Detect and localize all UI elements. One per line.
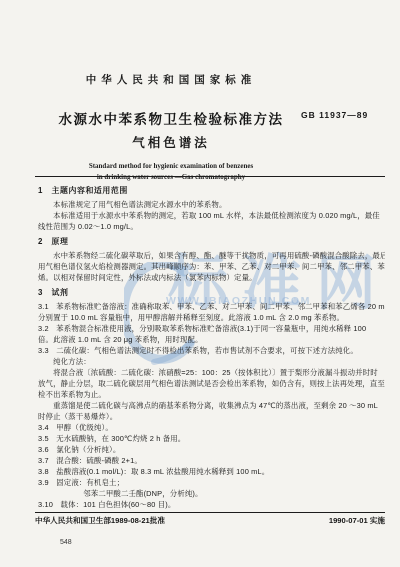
text-line: 3.9 固定液：有机皂土；	[38, 477, 385, 488]
document-title-cn-line2: 气相色谱法	[35, 133, 307, 151]
text-line: 放气，静止分层，取二硫化碳层用气相色谱法测试是否会检出苯系物，如仍含有，则按上法…	[38, 378, 385, 389]
approval-text: 中华人民共和国卫生部1989-08-21批准	[35, 515, 165, 526]
page-number: 548	[60, 539, 72, 546]
text-line: 倍。此溶液 1.0 mL 含 20 μg 苯系物，用时现配。	[38, 334, 385, 345]
text-line: 重蒸馏是使二硫化碳与高沸点的硝基苯系物分离，收集沸点为 47℃的蒸出液，至剩余 …	[38, 400, 385, 411]
section-heading: 1 主题内容和适用范围	[38, 185, 385, 196]
text-line: 3.10 载体：101 白色担体(60～80 目)。	[38, 499, 385, 510]
text-line: 3.1 苯系物标准贮备溶液：准确称取苯、甲苯、乙苯、对二甲苯、间二甲苯、邻二甲苯…	[38, 301, 385, 312]
text-line: 纯化方法：	[38, 356, 385, 367]
text-line: 时停止（蒸干易爆炸）。	[38, 411, 385, 422]
text-line: 分别置于 10.0 mL 容量瓶中，用甲醇溶解并稀释至刻度。此溶液 1.0 mL…	[38, 312, 385, 323]
header-divider	[35, 176, 385, 177]
text-line: 3.7 混合酸：硫酸-磷酸 2+1。	[38, 455, 385, 466]
standard-code: GB 11937—89	[301, 110, 368, 120]
text-line: 3.4 甲醇（优级纯）。	[38, 422, 385, 433]
text-line: 3.3 二硫化碳：气相色谱法测定时不得检出苯系物，若市售试剂不合要求，可按下述方…	[38, 345, 385, 356]
text-line: 检不出苯系物为止。	[38, 389, 385, 400]
text-line: 邻苯二甲酸二壬酯(DNP，分析纯)。	[38, 488, 385, 499]
text-line: 3.6 氯化钠（分析纯）。	[38, 444, 385, 455]
text-line: 本标准适用于水源水中苯系物的测定，若取 100 mL 水样，本法最低检测浓度为 …	[38, 210, 385, 221]
text-line: 水中苯系物经二硫化碳萃取后，如果含有醇、酯、醚等干扰物质，可再用硫酸-磷酸混合酸…	[38, 250, 385, 261]
text-line: 3.5 无水硫酸钠，在 300℃灼烧 2 h 备用。	[38, 433, 385, 444]
standard-document-page: 标准网 WWW.IBIAOZHUN.COM 中华人民共和国国家标准 水源水中苯系…	[0, 0, 400, 567]
document-header: 中华人民共和国国家标准 水源水中苯系物卫生检验标准方法 气相色谱法 Standa…	[35, 72, 307, 183]
national-standard-label: 中华人民共和国国家标准	[35, 72, 307, 87]
text-line: 本标准规定了用气相色谱法测定水源水中的苯系物。	[38, 199, 385, 210]
document-footer: 中华人民共和国卫生部1989-08-21批准 1990-07-01 实施	[35, 515, 385, 526]
footer-divider	[35, 512, 385, 513]
document-body: 1 主题内容和适用范围 本标准规定了用气相色谱法测定水源水中的苯系物。 本标准适…	[38, 181, 385, 510]
document-title-en: Standard method for hygienic examination…	[35, 161, 307, 183]
section-heading: 2 原理	[38, 236, 385, 247]
text-line: 将混合液〔浓硫酸：二硫化碳：浓硝酸=25：100：25（按体积比）〕置于梨形分液…	[38, 367, 385, 378]
document-title-en-line1: Standard method for hygienic examination…	[35, 161, 307, 172]
implementation-text: 1990-07-01 实施	[329, 515, 385, 526]
text-line: 3.8 盐酸溶液(0.1 mol/L)：取 8.3 mL 浓盐酸用纯水稀释到 1…	[38, 466, 385, 477]
text-line: 3.2 苯系物混合标准使用液，分别吸取苯系物标准贮备溶液(3.1)于同一容量瓶中…	[38, 323, 385, 334]
text-line: 线性范围为 0.02～1.0 mg/L。	[38, 221, 385, 232]
text-line: 烯。以相对保留时间定性，外标法或内标法（氯苯内标物）定量。	[38, 272, 385, 283]
document-title-cn-line1: 水源水中苯系物卫生检验标准方法	[35, 108, 307, 128]
text-line: 用气相色谱仪氢火焰检测器测定。其出峰顺序为：苯、甲苯、乙苯、对二甲苯、间二甲苯、…	[38, 261, 385, 272]
section-heading: 3 试剂	[38, 287, 385, 298]
